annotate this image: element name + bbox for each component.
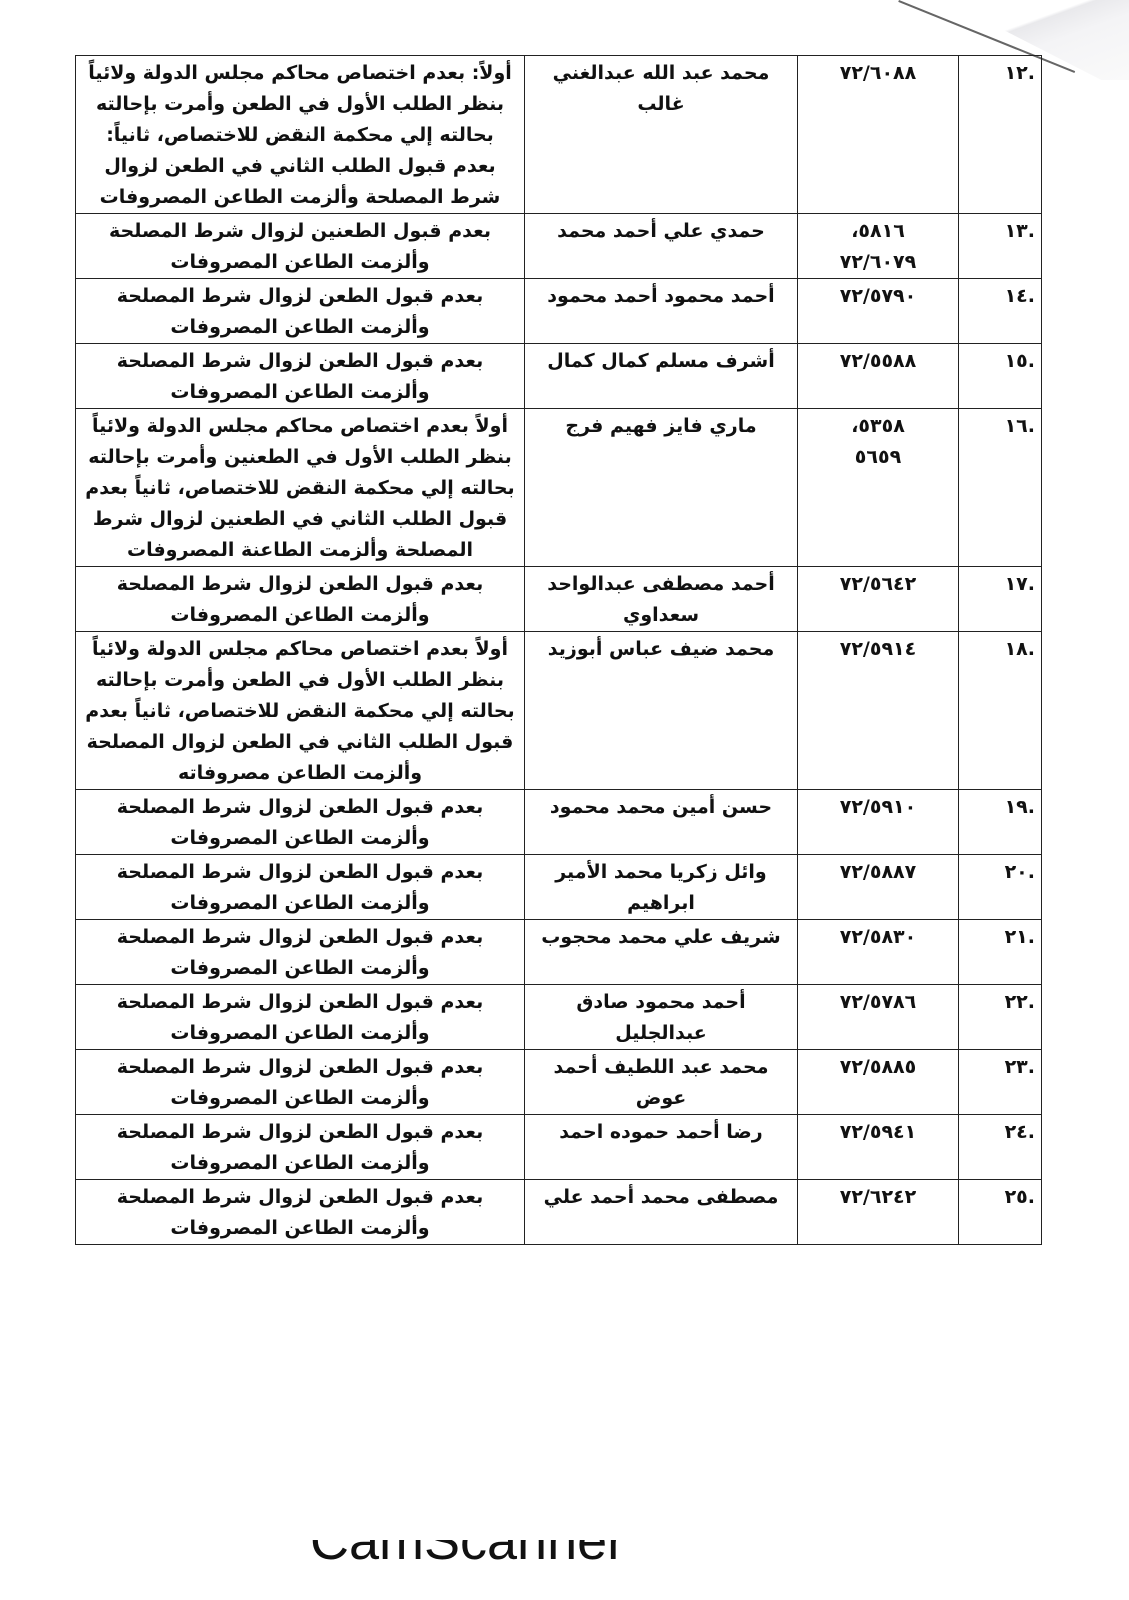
rulings-table-body: .١٢ ٧٢/٦٠٨٨ محمد عبد الله عبدالغني غالب … [76,56,1042,1245]
watermark-text: CamScanner [310,1540,625,1568]
table-row: .٢١ ٧٢/٥٨٣٠ شريف علي محمد محجوب بعدم قبو… [76,920,1042,985]
case-number-cell: ٧٢/٦٠٨٨ [798,56,959,214]
row-number-cell: .٢٢ [959,985,1042,1050]
case-number-cell: ٥٨١٦،٧٢/٦٠٧٩ [798,214,959,279]
appellant-name-cell: أحمد محمود أحمد محمود [525,279,798,344]
table-row: .١٦ ٥٣٥٨،٥٦٥٩ ماري فايز فهيم فرج أولاً ب… [76,409,1042,567]
table-row: .٢٣ ٧٢/٥٨٨٥ محمد عبد اللطيف أحمد عوض بعد… [76,1050,1042,1115]
table-row: .٢٢ ٧٢/٥٧٨٦ أحمد محمود صادق عبدالجليل بع… [76,985,1042,1050]
row-number-cell: .٢٤ [959,1115,1042,1180]
row-number: .١٤ [1005,285,1035,307]
row-number-cell: .١٥ [959,344,1042,409]
case-number: ٧٢/٥٧٩٠ [804,281,952,312]
row-number: .٢٠ [1005,861,1035,883]
row-number: .٢٣ [1005,1056,1035,1078]
appellant-name-cell: أشرف مسلم كمال كمال [525,344,798,409]
ruling-text: بعدم قبول الطعن لزوال شرط المصلحة وألزمت… [117,1056,483,1109]
case-numbers: ٧٢/٥٦٤٢ [804,569,952,600]
ruling-cell: بعدم قبول الطعن لزوال شرط المصلحة وألزمت… [76,985,525,1050]
case-number: ٧٢/٦٢٤٢ [804,1182,952,1213]
ruling-cell: بعدم قبول الطعن لزوال شرط المصلحة وألزمت… [76,920,525,985]
appellant-name: محمد عبد الله عبدالغني غالب [553,62,770,115]
ruling-text: بعدم قبول الطعن لزوال شرط المصلحة وألزمت… [117,1121,483,1174]
row-number: .١٧ [1005,573,1035,595]
case-number-cell: ٧٢/٥٨٨٥ [798,1050,959,1115]
ruling-cell: بعدم قبول الطعن لزوال شرط المصلحة وألزمت… [76,344,525,409]
ruling-text: أولاً بعدم اختصاص محاكم مجلس الدولة ولائ… [85,415,514,561]
ruling-text: أولاً بعدم اختصاص محاكم مجلس الدولة ولائ… [85,638,514,784]
row-number-cell: .٢٥ [959,1180,1042,1245]
table-row: .١٤ ٧٢/٥٧٩٠ أحمد محمود أحمد محمود بعدم ق… [76,279,1042,344]
case-number: ٧٢/٥٨٨٧ [804,857,952,888]
case-numbers: ٧٢/٥٧٨٦ [804,987,952,1018]
appellant-name: أشرف مسلم كمال كمال [547,350,775,372]
appellant-name: ماري فايز فهيم فرج [565,415,756,437]
row-number: .٢١ [1005,926,1035,948]
case-number: ٧٢/٥٩٤١ [804,1117,952,1148]
case-number: ٧٢/٥٨٣٠ [804,922,952,953]
case-numbers: ٧٢/٦٢٤٢ [804,1182,952,1213]
row-number: .١٩ [1005,796,1035,818]
ruling-cell: بعدم قبول الطعن لزوال شرط المصلحة وألزمت… [76,1050,525,1115]
row-number: .١٣ [1005,220,1035,242]
ruling-text: أولاً: بعدم اختصاص محاكم مجلس الدولة ولا… [88,62,512,208]
rulings-table: .١٢ ٧٢/٦٠٨٨ محمد عبد الله عبدالغني غالب … [75,55,1042,1245]
ruling-cell: بعدم قبول الطعن لزوال شرط المصلحة وألزمت… [76,279,525,344]
appellant-name: أحمد مصطفى عبدالواحد سعداوي [547,573,775,626]
table-row: .٢٥ ٧٢/٦٢٤٢ مصطفى محمد أحمد علي بعدم قبو… [76,1180,1042,1245]
table-row: .١٢ ٧٢/٦٠٨٨ محمد عبد الله عبدالغني غالب … [76,56,1042,214]
ruling-text: بعدم قبول الطعن لزوال شرط المصلحة وألزمت… [117,350,483,403]
appellant-name: شريف علي محمد محجوب [541,926,780,948]
ruling-text: بعدم قبول الطعن لزوال شرط المصلحة وألزمت… [117,285,483,338]
camscanner-watermark: CamScanner [310,1540,1070,1600]
ruling-cell: أولاً: بعدم اختصاص محاكم مجلس الدولة ولا… [76,56,525,214]
case-number: ٧٢/٥٥٨٨ [804,346,952,377]
case-numbers: ٧٢/٥٨٨٥ [804,1052,952,1083]
table-row: .١٥ ٧٢/٥٥٨٨ أشرف مسلم كمال كمال بعدم قبو… [76,344,1042,409]
ruling-text: بعدم قبول الطعن لزوال شرط المصلحة وألزمت… [117,573,483,626]
case-number-cell: ٥٣٥٨،٥٦٥٩ [798,409,959,567]
case-numbers: ٧٢/٥٩١٤ [804,634,952,665]
appellant-name: مصطفى محمد أحمد علي [544,1186,779,1208]
ruling-cell: أولاً بعدم اختصاص محاكم مجلس الدولة ولائ… [76,632,525,790]
row-number: .١٢ [1005,62,1035,84]
case-numbers: ٧٢/٥٨٨٧ [804,857,952,888]
appellant-name-cell: أحمد مصطفى عبدالواحد سعداوي [525,567,798,632]
appellant-name-cell: شريف علي محمد محجوب [525,920,798,985]
appellant-name: حسن أمين محمد محمود [550,796,772,818]
appellant-name: محمد عبد اللطيف أحمد عوض [554,1056,769,1109]
row-number-cell: .٢٣ [959,1050,1042,1115]
case-number: ٧٢/٦٠٨٨ [804,58,952,89]
case-number-cell: ٧٢/٥٧٨٦ [798,985,959,1050]
ruling-cell: بعدم قبول الطعن لزوال شرط المصلحة وألزمت… [76,567,525,632]
case-numbers: ٥٣٥٨،٥٦٥٩ [804,411,952,473]
table-row: .٢٤ ٧٢/٥٩٤١ رضا أحمد حموده احمد بعدم قبو… [76,1115,1042,1180]
appellant-name: حمدي علي أحمد محمد [557,220,765,242]
appellant-name: وائل زكريا محمد الأمير ابراهيم [555,861,767,914]
ruling-cell: بعدم قبول الطعنين لزوال شرط المصلحة وألز… [76,214,525,279]
row-number: .٢٤ [1005,1121,1035,1143]
appellant-name-cell: حسن أمين محمد محمود [525,790,798,855]
ruling-text: بعدم قبول الطعنين لزوال شرط المصلحة وألز… [109,220,491,273]
appellant-name-cell: أحمد محمود صادق عبدالجليل [525,985,798,1050]
case-number: ٧٢/٥٩١٤ [804,634,952,665]
appellant-name: أحمد محمود أحمد محمود [547,285,774,307]
case-numbers: ٧٢/٥٩٤١ [804,1117,952,1148]
case-number: ٧٢/٥٨٨٥ [804,1052,952,1083]
row-number-cell: .١٩ [959,790,1042,855]
appellant-name-cell: وائل زكريا محمد الأمير ابراهيم [525,855,798,920]
row-number-cell: .٢١ [959,920,1042,985]
case-number: ٧٢/٥٩١٠ [804,792,952,823]
row-number-cell: .١٦ [959,409,1042,567]
row-number: .٢٢ [1005,991,1035,1013]
case-number: ٥٦٥٩ [804,442,952,473]
ruling-text: بعدم قبول الطعن لزوال شرط المصلحة وألزمت… [117,991,483,1044]
appellant-name-cell: محمد عبد اللطيف أحمد عوض [525,1050,798,1115]
case-numbers: ٧٢/٦٠٨٨ [804,58,952,89]
case-numbers: ٥٨١٦،٧٢/٦٠٧٩ [804,216,952,278]
case-number: ٧٢/٦٠٧٩ [804,247,952,278]
appellant-name: رضا أحمد حموده احمد [559,1121,762,1143]
table-row: .١٧ ٧٢/٥٦٤٢ أحمد مصطفى عبدالواحد سعداوي … [76,567,1042,632]
table-row: .١٨ ٧٢/٥٩١٤ محمد ضيف عباس أبوزيد أولاً ب… [76,632,1042,790]
appellant-name-cell: محمد عبد الله عبدالغني غالب [525,56,798,214]
case-number: ٥٣٥٨، [804,411,952,442]
ruling-cell: بعدم قبول الطعن لزوال شرط المصلحة وألزمت… [76,855,525,920]
case-number-cell: ٧٢/٥٩٤١ [798,1115,959,1180]
ruling-cell: بعدم قبول الطعن لزوال شرط المصلحة وألزمت… [76,790,525,855]
row-number: .١٨ [1005,638,1035,660]
appellant-name-cell: رضا أحمد حموده احمد [525,1115,798,1180]
case-number-cell: ٧٢/٥٨٣٠ [798,920,959,985]
case-number-cell: ٧٢/٥٥٨٨ [798,344,959,409]
case-number: ٧٢/٥٧٨٦ [804,987,952,1018]
ruling-cell: أولاً بعدم اختصاص محاكم مجلس الدولة ولائ… [76,409,525,567]
row-number-cell: .١٨ [959,632,1042,790]
case-number: ٥٨١٦، [804,216,952,247]
row-number-cell: .١٢ [959,56,1042,214]
case-numbers: ٧٢/٥٩١٠ [804,792,952,823]
appellant-name: محمد ضيف عباس أبوزيد [548,638,774,660]
row-number: .١٦ [1005,415,1035,437]
appellant-name: أحمد محمود صادق عبدالجليل [576,991,745,1044]
ruling-text: بعدم قبول الطعن لزوال شرط المصلحة وألزمت… [117,861,483,914]
row-number-cell: .٢٠ [959,855,1042,920]
appellant-name-cell: حمدي علي أحمد محمد [525,214,798,279]
table-row: .١٩ ٧٢/٥٩١٠ حسن أمين محمد محمود بعدم قبو… [76,790,1042,855]
ruling-cell: بعدم قبول الطعن لزوال شرط المصلحة وألزمت… [76,1180,525,1245]
ruling-cell: بعدم قبول الطعن لزوال شرط المصلحة وألزمت… [76,1115,525,1180]
ruling-text: بعدم قبول الطعن لزوال شرط المصلحة وألزمت… [117,796,483,849]
row-number-cell: .١٣ [959,214,1042,279]
case-number-cell: ٧٢/٥٦٤٢ [798,567,959,632]
case-number-cell: ٧٢/٥٧٩٠ [798,279,959,344]
appellant-name-cell: مصطفى محمد أحمد علي [525,1180,798,1245]
appellant-name-cell: ماري فايز فهيم فرج [525,409,798,567]
case-number-cell: ٧٢/٥٨٨٧ [798,855,959,920]
case-numbers: ٧٢/٥٧٩٠ [804,281,952,312]
case-number-cell: ٧٢/٥٩١٤ [798,632,959,790]
appellant-name-cell: محمد ضيف عباس أبوزيد [525,632,798,790]
case-number-cell: ٧٢/٥٩١٠ [798,790,959,855]
table-row: .١٣ ٥٨١٦،٧٢/٦٠٧٩ حمدي علي أحمد محمد بعدم… [76,214,1042,279]
ruling-text: بعدم قبول الطعن لزوال شرط المصلحة وألزمت… [117,1186,483,1239]
row-number: .١٥ [1005,350,1035,372]
case-number: ٧٢/٥٦٤٢ [804,569,952,600]
row-number: .٢٥ [1005,1186,1035,1208]
case-numbers: ٧٢/٥٥٨٨ [804,346,952,377]
table-row: .٢٠ ٧٢/٥٨٨٧ وائل زكريا محمد الأمير ابراه… [76,855,1042,920]
case-numbers: ٧٢/٥٨٣٠ [804,922,952,953]
row-number-cell: .١٤ [959,279,1042,344]
ruling-text: بعدم قبول الطعن لزوال شرط المصلحة وألزمت… [117,926,483,979]
case-number-cell: ٧٢/٦٢٤٢ [798,1180,959,1245]
row-number-cell: .١٧ [959,567,1042,632]
